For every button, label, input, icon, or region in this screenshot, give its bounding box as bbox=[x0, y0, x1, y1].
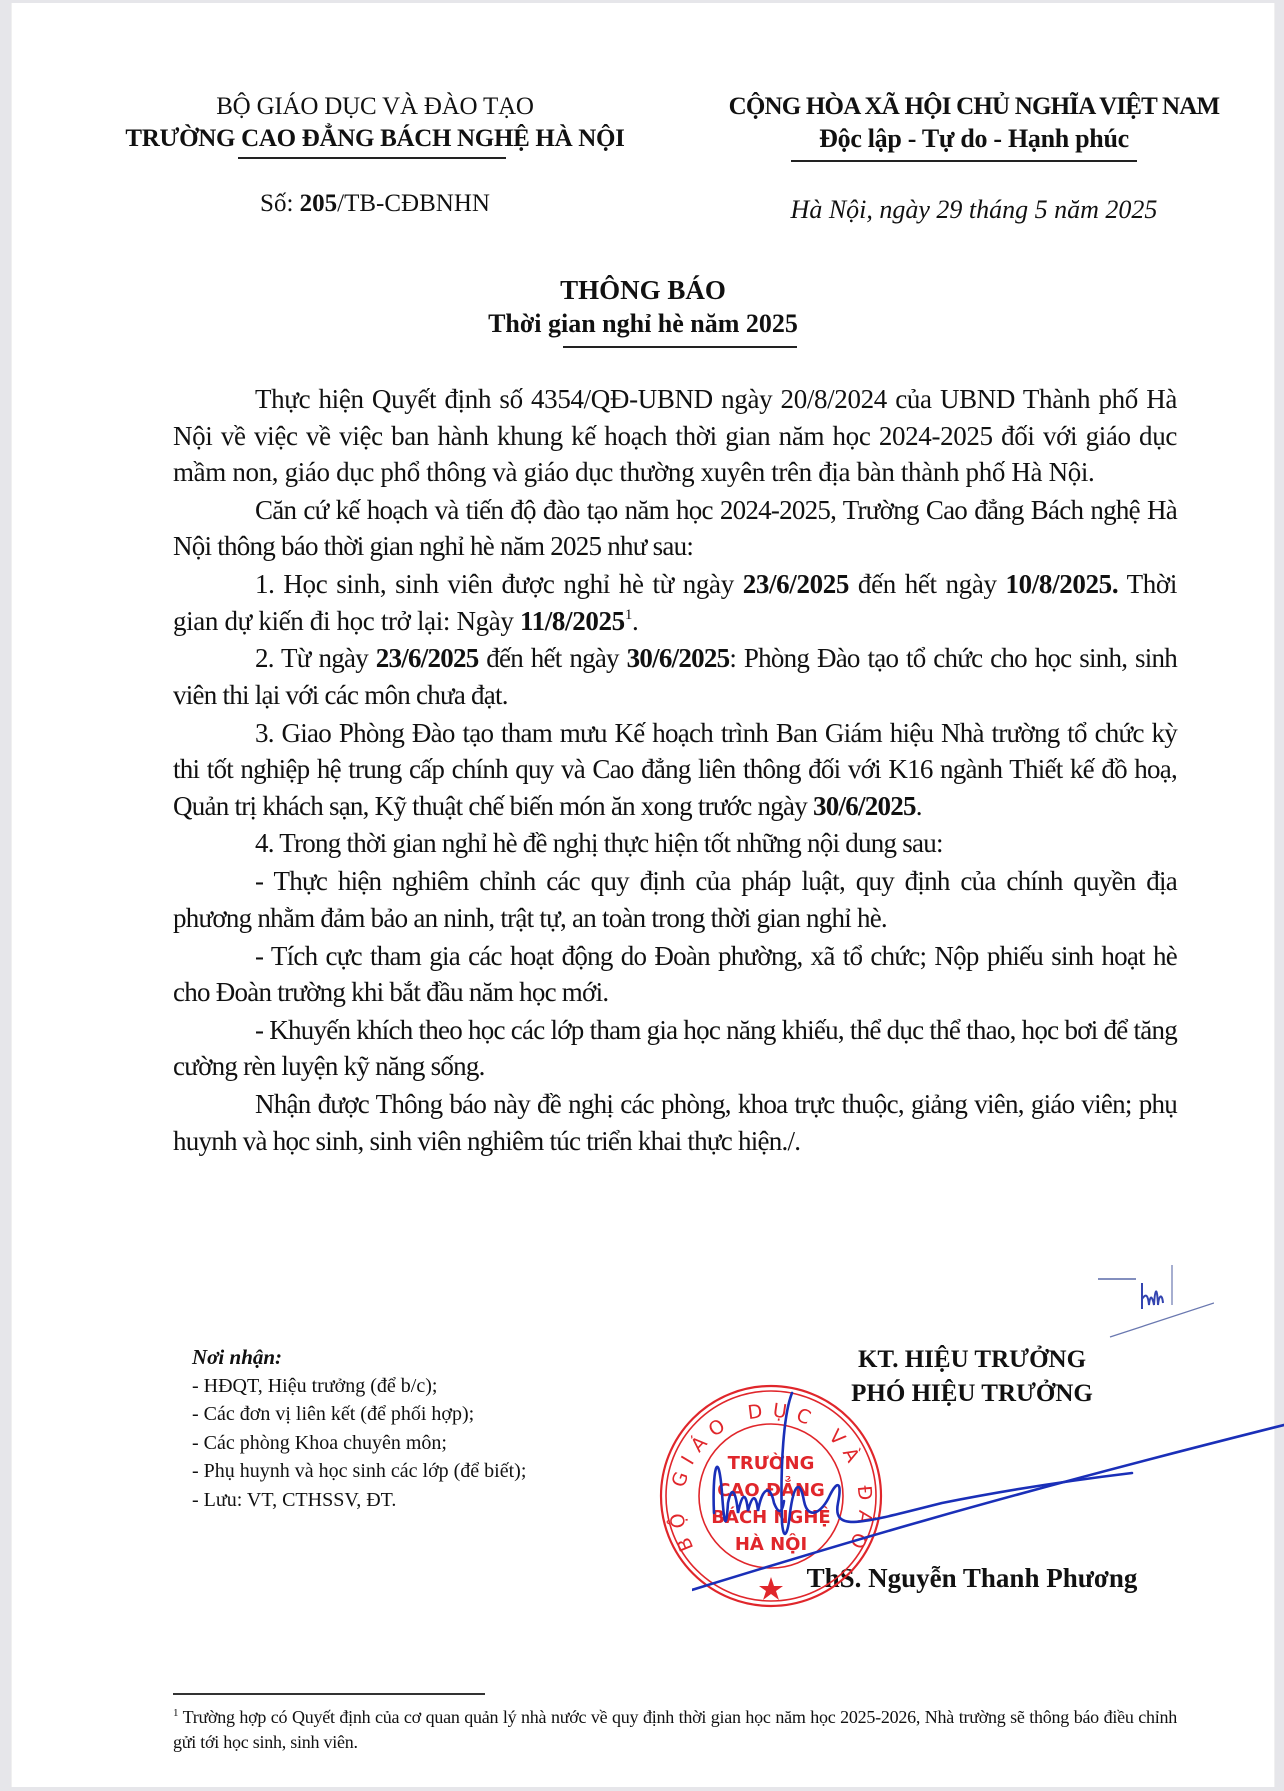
recipient-item: - HĐQT, Hiệu trưởng (để b/c); bbox=[192, 1372, 526, 1401]
bullet-item: - Khuyến khích theo học các lớp tham gia… bbox=[173, 1012, 1177, 1085]
document-number: Số: 205/TB-CĐBNHN bbox=[92, 190, 658, 218]
recipient-item: - Phụ huynh và học sinh các lớp (để biết… bbox=[192, 1457, 526, 1486]
subject-underline bbox=[563, 346, 797, 348]
handwritten-signature bbox=[692, 1383, 1284, 1603]
place-date: Hà Nội, ngày 29 tháng 5 năm 2025 bbox=[689, 195, 1259, 225]
ministry-name: BỘ GIÁO DỤC VÀ ĐÀO TẠO bbox=[92, 91, 658, 122]
footnote: 1 Trường hợp có Quyết định của cơ quan q… bbox=[173, 1705, 1177, 1755]
national-header: CỘNG HÒA XÃ HỘI CHỦ NGHĨA VIỆT NAM Độc l… bbox=[689, 91, 1259, 155]
item-4: 4. Trong thời gian nghỉ hè đề nghị thực … bbox=[173, 825, 1177, 862]
paragraph-intro: Căn cứ kế hoạch và tiến độ đào tạo năm h… bbox=[173, 492, 1177, 565]
footnote-separator bbox=[173, 1693, 485, 1695]
country-name: CỘNG HÒA XÃ HỘI CHỦ NGHĨA VIỆT NAM bbox=[689, 91, 1259, 122]
paragraph-basis: Thực hiện Quyết định số 4354/QĐ-UBND ngà… bbox=[173, 381, 1177, 491]
document-body: Thực hiện Quyết định số 4354/QĐ-UBND ngà… bbox=[173, 381, 1177, 1160]
national-motto: Độc lập - Tự do - Hạnh phúc bbox=[689, 122, 1259, 155]
school-underline bbox=[238, 157, 506, 159]
document-page: BỘ GIÁO DỤC VÀ ĐÀO TẠO TRƯỜNG CAO ĐẲNG B… bbox=[11, 3, 1275, 1787]
school-name: TRƯỜNG CAO ĐẲNG BÁCH NGHỆ HÀ NỘI bbox=[92, 122, 658, 155]
closing-paragraph: Nhận được Thông báo này đề nghị các phòn… bbox=[173, 1086, 1177, 1159]
initials-mark bbox=[1094, 1265, 1214, 1341]
bullet-item: - Thực hiện nghiêm chỉnh các quy định củ… bbox=[173, 863, 1177, 936]
document-title: THÔNG BÁO bbox=[12, 275, 1274, 306]
bullet-item: - Tích cực tham gia các hoạt động do Đoà… bbox=[173, 938, 1177, 1011]
recipients-heading: Nơi nhận: bbox=[192, 1343, 526, 1372]
item-1: 1. Học sinh, sinh viên được nghỉ hè từ n… bbox=[173, 566, 1177, 639]
document-subject: Thời gian nghỉ hè năm 2025 bbox=[12, 309, 1274, 339]
recipient-item: - Các đơn vị liên kết (để phối hợp); bbox=[192, 1400, 526, 1429]
item-2: 2. Từ ngày 23/6/2025 đến hết ngày 30/6/2… bbox=[173, 640, 1177, 713]
footnote-ref: 1 bbox=[625, 607, 632, 623]
recipients-list: Nơi nhận: - HĐQT, Hiệu trưởng (để b/c); … bbox=[192, 1343, 526, 1514]
item-3: 3. Giao Phòng Đào tạo tham mưu Kế hoạch … bbox=[173, 715, 1177, 825]
motto-underline bbox=[791, 160, 1137, 162]
recipient-item: - Các phòng Khoa chuyên môn; bbox=[192, 1429, 526, 1458]
issuer-header: BỘ GIÁO DỤC VÀ ĐÀO TẠO TRƯỜNG CAO ĐẲNG B… bbox=[92, 91, 658, 155]
recipient-item: - Lưu: VT, CTHSSV, ĐT. bbox=[192, 1486, 526, 1515]
